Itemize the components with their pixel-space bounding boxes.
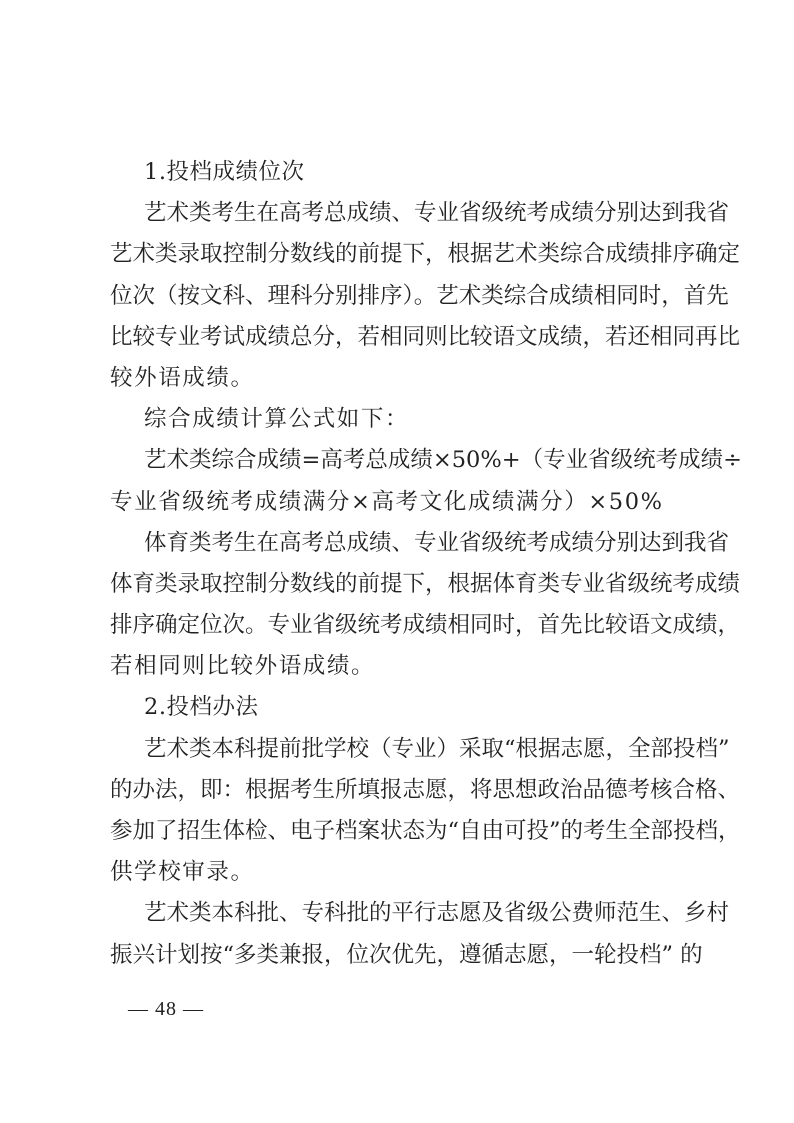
text-line: 体育类考生在高考总成绩、专业省级统考成绩分别达到我省 xyxy=(110,523,698,564)
paragraph-formula: 艺术类综合成绩=高考总成绩×50%+（专业省级统考成绩÷ 专业省级统考成绩满分×… xyxy=(110,440,698,522)
paragraph-early-batch: 艺术类本科提前批学校（专业）采取“根据志愿，全部投档” 的办法，即：根据考生所填… xyxy=(110,729,698,894)
text-line: 参加了招生体检、电子档案状态为“自由可投”的考生全部投档， xyxy=(110,811,698,852)
text-line: 排序确定位次。专业省级统考成绩相同时，首先比较语文成绩， xyxy=(110,605,698,646)
text-line: 位次（按文科、理科分别排序）。艺术类综合成绩相同时，首先 xyxy=(110,276,698,317)
text-line: 艺术类录取控制分数线的前提下，根据艺术类综合成绩排序确定 xyxy=(110,234,698,275)
text-line: 若相同则比较外语成绩。 xyxy=(110,646,698,687)
text-line: 专业省级统考成绩满分×高考文化成绩满分）×50% xyxy=(110,482,698,523)
formula-intro: 综合成绩计算公式如下： xyxy=(110,399,698,440)
text-line: 艺术类综合成绩=高考总成绩×50%+（专业省级统考成绩÷ xyxy=(110,440,698,481)
text-line: 艺术类考生在高考总成绩、专业省级统考成绩分别达到我省 xyxy=(110,193,698,234)
paragraph-parallel-batch: 艺术类本科批、专科批的平行志愿及省级公费师范生、乡村 振兴计划按“多类兼报，位次… xyxy=(110,893,698,975)
text-line: 的办法，即：根据考生所填报志愿，将思想政治品德考核合格、 xyxy=(110,770,698,811)
text-line: 较外语成绩。 xyxy=(110,358,698,399)
text-line: 供学校审录。 xyxy=(110,852,698,893)
text-line: 艺术类本科提前批学校（专业）采取“根据志愿，全部投档” xyxy=(110,729,698,770)
paragraph-sport-ranking: 体育类考生在高考总成绩、专业省级统考成绩分别达到我省 体育类录取控制分数线的前提… xyxy=(110,523,698,688)
text-line: 艺术类本科批、专科批的平行志愿及省级公费师范生、乡村 xyxy=(110,893,698,934)
page-number: — 48 — xyxy=(128,998,204,1021)
text-line: 比较专业考试成绩总分，若相同则比较语文成绩，若还相同再比 xyxy=(110,317,698,358)
section-heading-2: 2.投档办法 xyxy=(110,687,698,728)
section-heading-1: 1.投档成绩位次 xyxy=(110,152,698,193)
text-line: 体育类录取控制分数线的前提下，根据体育类专业省级统考成绩 xyxy=(110,564,698,605)
document-body: 1.投档成绩位次 艺术类考生在高考总成绩、专业省级统考成绩分别达到我省 艺术类录… xyxy=(110,152,698,976)
paragraph-art-ranking: 艺术类考生在高考总成绩、专业省级统考成绩分别达到我省 艺术类录取控制分数线的前提… xyxy=(110,193,698,399)
text-line: 振兴计划按“多类兼报，位次优先，遵循志愿，一轮投档” 的 xyxy=(110,935,698,976)
